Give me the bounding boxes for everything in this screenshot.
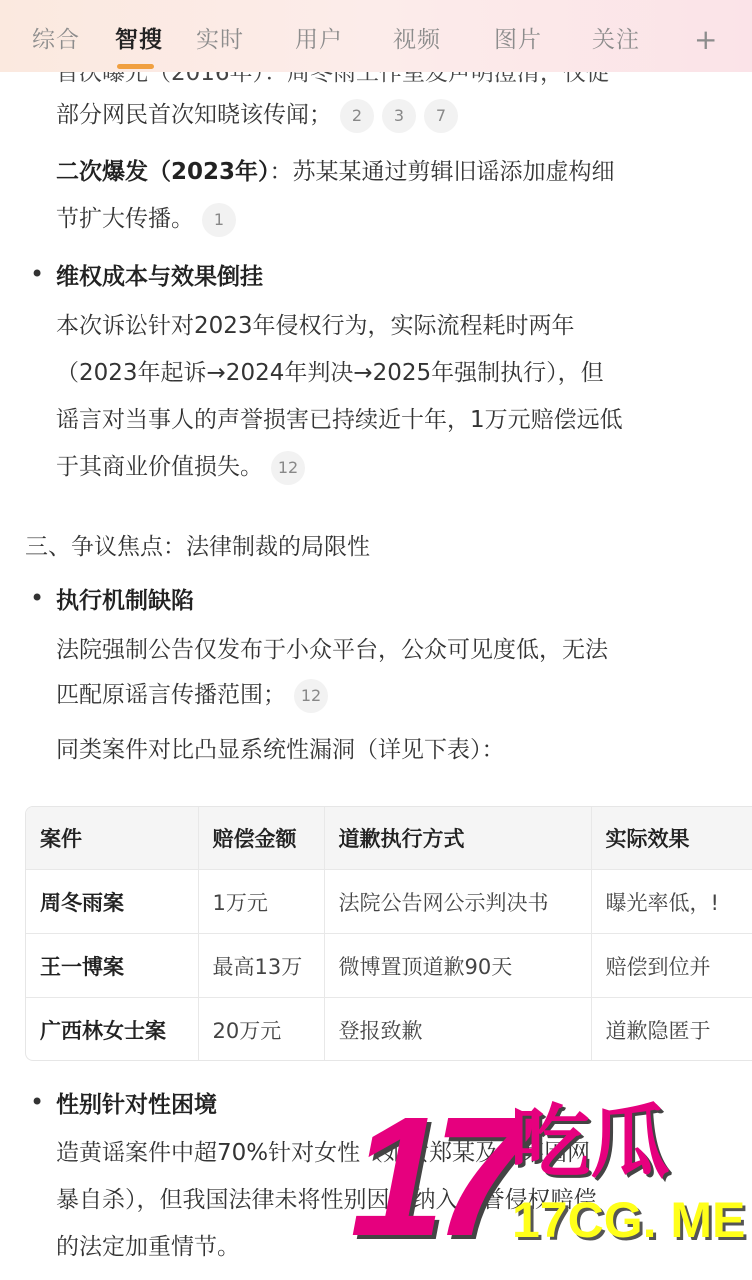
bullet-title-cost: 维权成本与效果倒挂 (56, 260, 263, 294)
table-cell: 周冬雨案 (26, 870, 198, 934)
table-cell: 曝光率低，! (591, 870, 752, 934)
table-header-row: 案件 赔偿金额 道歉执行方式 实际效果 (26, 807, 752, 870)
table-cell: 道歉隐匿于 (591, 998, 752, 1062)
table-cell: 王一博案 (26, 934, 198, 998)
tab-comprehensive[interactable]: 综合 (32, 20, 80, 60)
second-event-text2: 节扩大传播。 (56, 206, 194, 232)
citation-badge[interactable]: 12 (294, 679, 328, 713)
table-cell: 20万元 (198, 998, 324, 1062)
paragraph-line: 的法定加重情节。 (56, 1230, 240, 1264)
paragraph-line: 匹配原谣言传播范围；12 (56, 678, 328, 713)
bullet-title-enforcement: 执行机制缺陷 (56, 584, 194, 618)
second-event-label: 二次爆发（2023年） (56, 159, 270, 185)
table-cell: 广西林女士案 (26, 998, 198, 1062)
citation-badge[interactable]: 12 (271, 451, 305, 485)
table-cell: 1万元 (198, 870, 324, 934)
paragraph-text: 匹配原谣言传播范围； (56, 682, 286, 708)
comparison-table: 案件 赔偿金额 道歉执行方式 实际效果 周冬雨案 1万元 法院公告网公示判决书 … (26, 807, 752, 1061)
table-row: 广西林女士案 20万元 登报致歉 道歉隐匿于 (26, 998, 752, 1062)
table-header: 道歉执行方式 (324, 807, 591, 870)
paragraph-line: 于其商业价值损失。12 (56, 450, 305, 485)
tab-users[interactable]: 用户 (295, 20, 343, 60)
colon: ： (270, 159, 293, 185)
tab-smart-search[interactable]: 智搜 (115, 20, 163, 60)
table-cell: 登报致歉 (324, 998, 591, 1062)
watermark-url: 17CG. ME (512, 1190, 745, 1250)
watermark-number: 17 (350, 1092, 515, 1262)
bullet-title-gender: 性别针对性困境 (56, 1088, 217, 1122)
second-event-line1: 二次爆发（2023年）：苏某某通过剪辑旧谣添加虚构细 (56, 155, 615, 189)
active-tab-indicator (117, 64, 154, 69)
citation-badge[interactable]: 2 (340, 99, 374, 133)
tab-videos[interactable]: 视频 (393, 20, 441, 60)
paragraph-line: 谣言对当事人的声誉损害已持续近十年，1万元赔偿远低 (56, 403, 623, 437)
comparison-table-scroll[interactable]: 案件 赔偿金额 道歉执行方式 实际效果 周冬雨案 1万元 法院公告网公示判决书 … (25, 806, 752, 1061)
watermark-logo: 17 吃瓜 17CG. ME (350, 1092, 752, 1262)
paragraph-text: 于其商业价值损失。 (56, 454, 263, 480)
tab-realtime[interactable]: 实时 (196, 20, 244, 60)
add-tab-plus-icon[interactable]: + (694, 20, 718, 60)
table-header: 实际效果 (591, 807, 752, 870)
search-tab-header: 综合 智搜 实时 用户 视频 图片 关注 + (0, 0, 752, 72)
table-cell: 微博置顶道歉90天 (324, 934, 591, 998)
paragraph-line: 法院强制公告仅发布于小众平台，公众可见度低，无法 (56, 633, 608, 667)
table-header: 赔偿金额 (198, 807, 324, 870)
bullet-dot: • (30, 1088, 44, 1116)
second-event-text: 苏某某通过剪辑旧谣添加虚构细 (293, 159, 615, 185)
paragraph-line: （2023年起诉→2024年判决→2025年强制执行），但 (56, 356, 604, 390)
tab-bar: 综合 智搜 实时 用户 视频 图片 关注 + (0, 20, 752, 60)
table-cell: 法院公告网公示判决书 (324, 870, 591, 934)
paragraph-line: 本次诉讼针对2023年侵权行为，实际流程耗时两年 (56, 309, 575, 343)
bullet-dot: • (30, 260, 44, 288)
section-heading: 三、争议焦点：法律制裁的局限性 (25, 530, 370, 564)
table-row: 王一博案 最高13万 微博置顶道歉90天 赔偿到位并 (26, 934, 752, 998)
tab-images[interactable]: 图片 (494, 20, 542, 60)
bullet-dot: • (30, 584, 44, 612)
table-row: 周冬雨案 1万元 法院公告网公示判决书 曝光率低，! (26, 870, 752, 934)
table-header: 案件 (26, 807, 198, 870)
second-event-line2: 节扩大传播。1 (56, 202, 236, 237)
tab-following[interactable]: 关注 (592, 20, 640, 60)
citation-badge[interactable]: 3 (382, 99, 416, 133)
first-event-line2: 部分网民首次知晓该传闻；237 (56, 98, 458, 133)
first-event-text: 部分网民首次知晓该传闻； (56, 102, 332, 128)
table-intro: 同类案件对比凸显系统性漏洞（详见下表）： (56, 733, 505, 767)
table-cell: 赔偿到位并 (591, 934, 752, 998)
watermark-chinese: 吃瓜 (510, 1098, 670, 1188)
citation-badge[interactable]: 1 (202, 203, 236, 237)
citation-badge[interactable]: 7 (424, 99, 458, 133)
table-cell: 最高13万 (198, 934, 324, 998)
